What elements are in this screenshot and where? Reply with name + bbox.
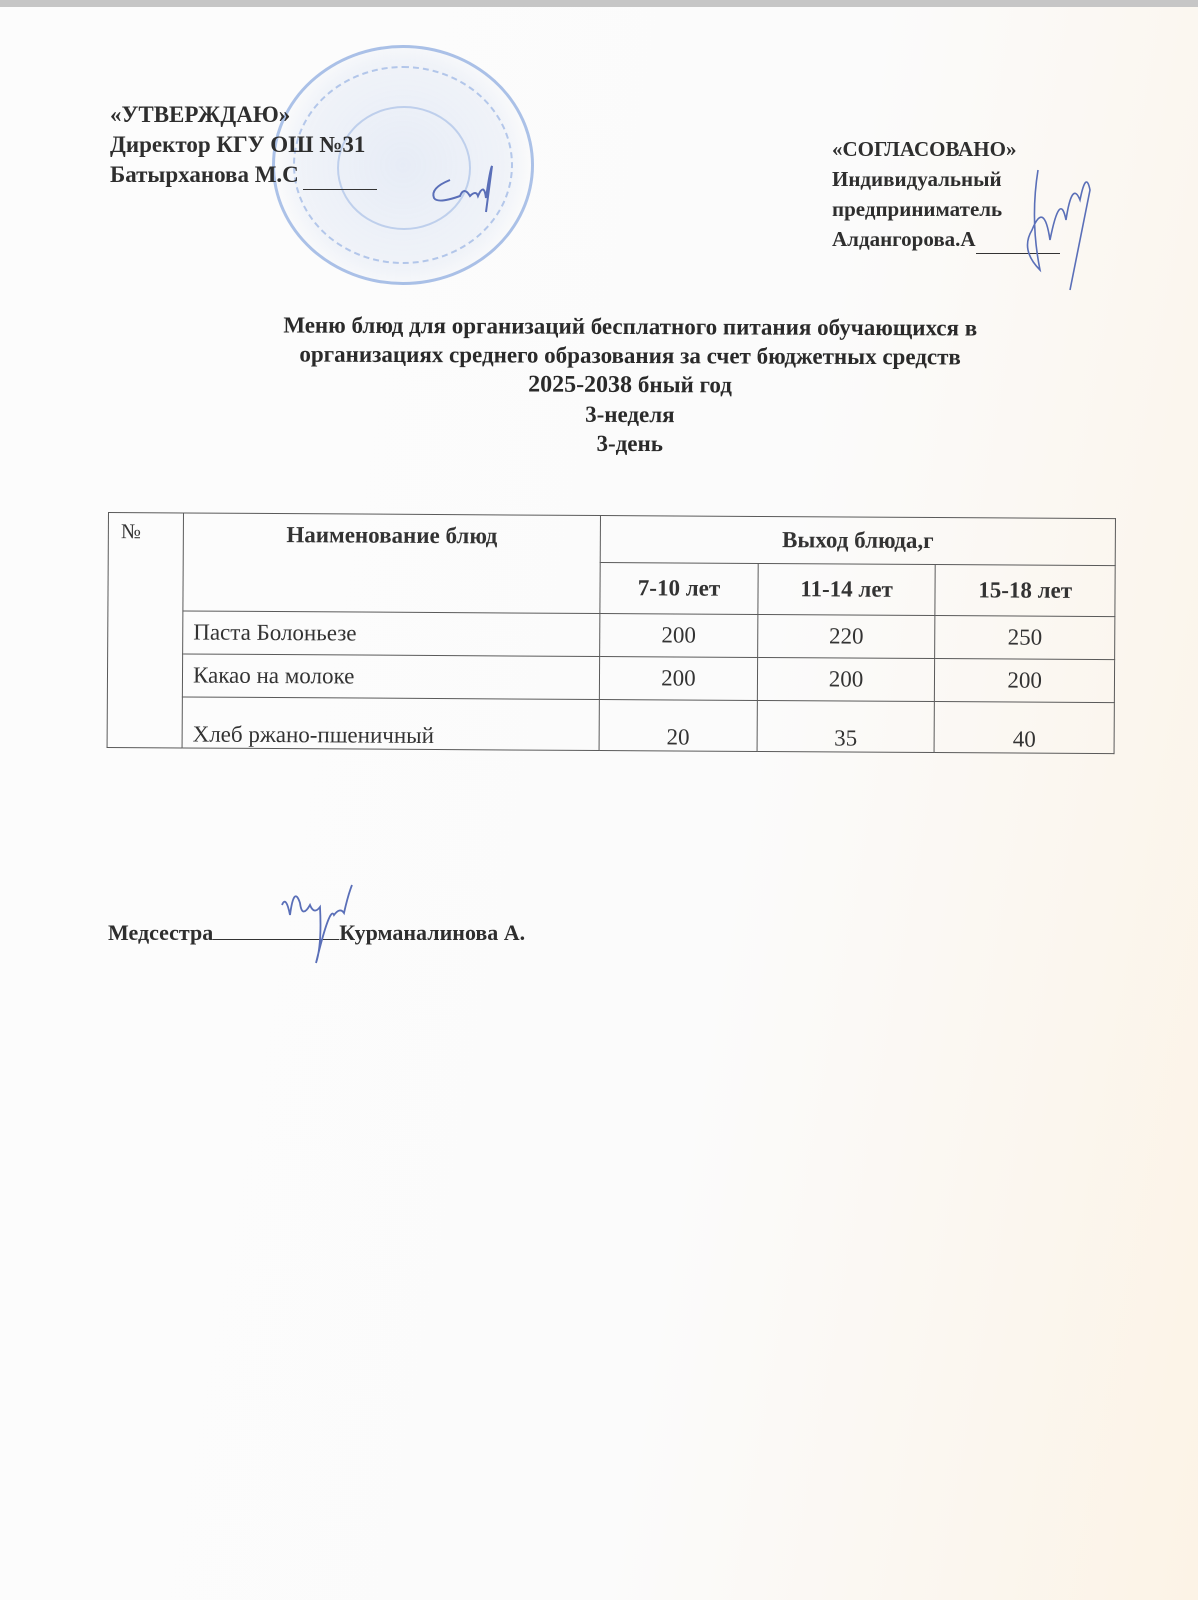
entrepreneur-signature-icon — [1010, 160, 1100, 300]
yield-11-14: 200 — [757, 657, 935, 701]
nurse-signature-icon — [270, 875, 365, 965]
title-year-line: 2025-2038 бный год — [170, 368, 1090, 402]
agreed-name: Алдангорова.А — [832, 227, 976, 251]
approve-name: Батырханова М.С — [110, 162, 299, 187]
header-dish-name: Наименование блюд — [183, 513, 601, 614]
yield-7-10: 200 — [600, 614, 758, 658]
header-age-7-10: 7-10 лет — [600, 563, 758, 615]
table-row: Какао на молоке 200 200 200 — [107, 654, 1114, 703]
yield-11-14: 220 — [758, 614, 936, 658]
document-title: Меню блюд для организаций бесплатного пи… — [170, 310, 1091, 460]
approve-block: «УТВЕРЖДАЮ» Директор КГУ ОШ №31 Батырхан… — [110, 100, 377, 190]
yield-11-14: 35 — [757, 700, 935, 752]
table-row: Паста Болоньезе 200 220 250 — [108, 611, 1115, 660]
title-year-suffix: бный год — [638, 372, 732, 397]
yield-15-18: 200 — [935, 659, 1115, 703]
table-row: Хлеб ржано-пшеничный 20 35 40 — [107, 696, 1114, 753]
top-bar — [0, 0, 1198, 7]
title-line2: организациях среднего образования за сче… — [170, 339, 1090, 372]
yield-7-10: 200 — [599, 657, 757, 701]
title-line1: Меню блюд для организаций бесплатного пи… — [170, 310, 1090, 343]
header-number: № — [107, 513, 183, 748]
dish-name: Хлеб ржано-пшеничный — [182, 697, 599, 751]
table-header-row: № Наименование блюд Выход блюда,г — [108, 513, 1115, 566]
approve-signer: Батырханова М.С — [110, 160, 377, 190]
title-year: 2025-2038 — [528, 372, 632, 398]
yield-7-10: 20 — [599, 700, 757, 752]
header-age-11-14: 11-14 лет — [758, 563, 936, 615]
signature-line — [303, 169, 377, 190]
dish-name: Паста Болоньезе — [183, 611, 600, 657]
yield-15-18: 250 — [935, 616, 1115, 660]
yield-15-18: 40 — [934, 702, 1114, 754]
director-signature-icon — [420, 160, 510, 220]
approve-position: Директор КГУ ОШ №31 — [110, 130, 377, 160]
dish-name: Какао на молоке — [182, 654, 599, 700]
title-day: 3-день — [170, 427, 1090, 460]
footer-role: Медсестра — [108, 920, 213, 945]
header-yield: Выход блюда,г — [600, 516, 1115, 566]
footer-name: Курманалинова А. — [339, 920, 525, 945]
title-week: 3-неделя — [170, 398, 1090, 431]
menu-table: № Наименование блюд Выход блюда,г 7-10 л… — [107, 512, 1116, 754]
approve-heading: «УТВЕРЖДАЮ» — [110, 100, 377, 130]
header-age-15-18: 15-18 лет — [935, 565, 1115, 617]
